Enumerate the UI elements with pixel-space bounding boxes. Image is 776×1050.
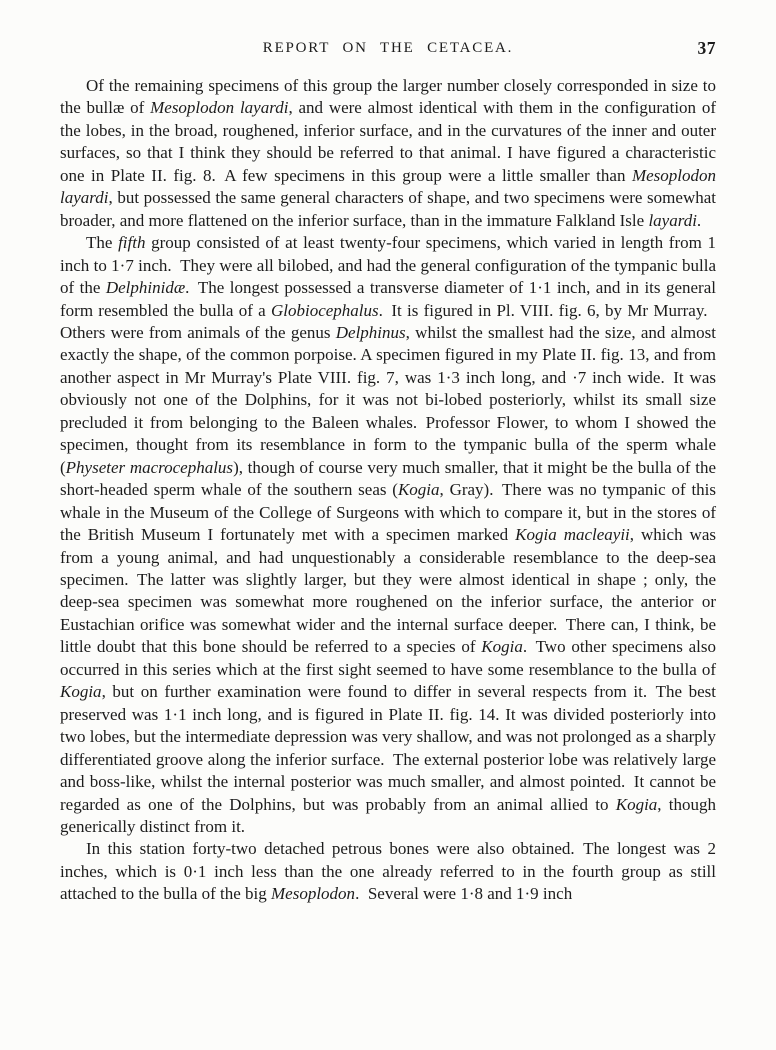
italic-term: Delphinus <box>336 323 406 342</box>
italic-term: Globiocephalus <box>271 301 379 320</box>
page-header: REPORT ON THE CETACEA. 37 <box>60 40 716 60</box>
italic-term: Physeter macrocephalus <box>66 458 233 477</box>
italic-term: Kogia macleayii <box>515 525 630 544</box>
italic-term: Mesoplodon layardi <box>150 98 288 117</box>
italic-term: Kogia <box>616 795 658 814</box>
page-number: 37 <box>698 38 717 59</box>
paragraph-1: Of the remaining specimens of this group… <box>60 75 716 232</box>
text-run: . Several were 1·8 and 1·9 inch <box>355 884 572 903</box>
italic-term: Delphinidæ <box>106 278 185 297</box>
text-run: , whilst the smallest had the size, and … <box>60 323 716 477</box>
italic-term: Kogia <box>398 480 440 499</box>
italic-term: Mesoplodon <box>271 884 355 903</box>
paragraph-2: The fifth group consisted of at least tw… <box>60 232 716 838</box>
italic-term: Kogia <box>60 682 102 701</box>
text-run: The <box>86 233 118 252</box>
italic-term: Kogia <box>481 637 523 656</box>
italic-term: layardi <box>648 211 696 230</box>
paragraph-3: In this station forty-two detached petro… <box>60 838 716 905</box>
running-title: REPORT ON THE CETACEA. <box>60 40 716 57</box>
page: REPORT ON THE CETACEA. 37 Of the remaini… <box>60 0 716 906</box>
text-run: . <box>697 211 701 230</box>
text-run: , but possessed the same general charact… <box>60 188 716 229</box>
italic-term: fifth <box>118 233 145 252</box>
page-body: Of the remaining specimens of this group… <box>60 75 716 906</box>
